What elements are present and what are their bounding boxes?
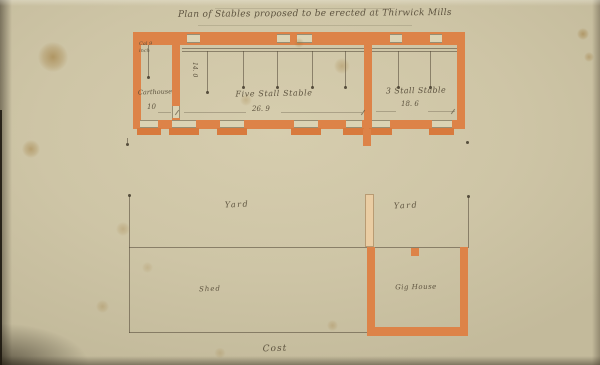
window-opening	[277, 34, 290, 43]
shed-bottom-line	[129, 332, 369, 333]
left-edge-line	[0, 110, 2, 365]
title-underline	[198, 25, 412, 26]
threshold-block	[429, 128, 454, 135]
paper-stain	[22, 140, 40, 158]
left-yard-label: Yard	[214, 200, 260, 210]
dimension-end-dot	[206, 91, 209, 94]
door-post-dot	[147, 76, 150, 79]
stall-division	[312, 51, 313, 87]
yard-divider-wall	[365, 194, 374, 247]
wall-note-line1: Cal 9	[139, 42, 152, 47]
bottom-left-corner-shadow	[0, 323, 90, 365]
door-opening	[140, 120, 158, 128]
room-dimension-five-stall: 26. 9	[252, 106, 270, 113]
gig-house-right-wall	[460, 247, 468, 336]
top-edge-highlight	[0, 0, 600, 6]
stable-right-wall	[457, 32, 465, 129]
paper-stain	[577, 28, 589, 40]
datum-mark-stem	[127, 138, 128, 143]
door-opening	[372, 120, 390, 128]
scanned-plan-sheet: Plan of Stables proposed to be erected a…	[0, 0, 600, 365]
paper-stain	[142, 262, 153, 273]
paper-stain	[327, 320, 338, 331]
window-opening	[187, 34, 200, 43]
threshold-block	[291, 128, 321, 135]
wall-stub	[363, 129, 371, 146]
right-yard-label: Yard	[384, 201, 428, 211]
yard-left-boundary	[129, 196, 130, 247]
dimension-line	[376, 111, 396, 112]
datum-mark	[126, 143, 129, 146]
gig-house-label: Gig House	[388, 284, 444, 292]
threshold-block	[217, 128, 247, 135]
stall-division	[430, 51, 431, 87]
footer-note: Cost	[250, 344, 300, 355]
window-opening	[390, 34, 402, 43]
threshold-block	[369, 128, 392, 135]
door-opening	[346, 120, 362, 128]
window-opening	[297, 34, 312, 43]
gig-house-left-wall	[367, 247, 375, 336]
drawing-title: Plan of Stables proposed to be erected a…	[178, 9, 432, 20]
stall-division	[243, 51, 244, 87]
bottom-edge-shadow	[0, 356, 600, 365]
gig-house-pier	[411, 248, 419, 256]
partition-wall	[172, 45, 180, 106]
room-label-carthouse: Carthouse	[136, 88, 174, 96]
wall-note-line2: inch	[139, 49, 150, 54]
shed-left-line	[129, 247, 130, 333]
door-opening	[294, 120, 318, 128]
right-edge-shadow	[592, 0, 600, 365]
datum-mark	[466, 141, 469, 144]
depth-dimension-line	[207, 51, 208, 92]
manger-line	[372, 48, 457, 49]
manger-line	[182, 51, 364, 52]
room-dimension-carthouse: 10	[147, 104, 156, 111]
paper-stain	[96, 300, 109, 313]
window-opening	[430, 34, 442, 43]
door-opening	[432, 120, 452, 128]
dimension-line	[184, 112, 246, 113]
gig-house-bottom-wall	[367, 327, 468, 336]
stall-division	[345, 51, 346, 87]
room-dimension-three-stall: 18. 6	[401, 101, 419, 108]
threshold-block	[137, 128, 161, 135]
partition-wall	[364, 45, 372, 120]
threshold-block	[343, 128, 364, 135]
paper-stain	[584, 52, 594, 62]
threshold-block	[169, 128, 199, 135]
depth-dimension-label: 14. 0	[191, 62, 197, 77]
dimension-line	[158, 112, 171, 113]
room-label-five-stall-stable: Five Stall Stable	[233, 89, 315, 98]
paper-stain	[38, 42, 68, 72]
boundary-post-dot	[128, 194, 131, 197]
door-opening	[220, 120, 244, 128]
door-opening	[172, 120, 196, 128]
stall-post-dot	[344, 86, 347, 89]
stall-division	[398, 51, 399, 87]
boundary-post-dot	[467, 195, 470, 198]
left-edge-shadow	[0, 0, 12, 365]
paper-stain	[214, 348, 226, 358]
yard-right-boundary	[468, 197, 469, 247]
manger-line	[372, 51, 457, 52]
paper-stain	[116, 222, 130, 236]
stall-division	[277, 51, 278, 87]
paper-stain	[334, 58, 350, 74]
dimension-line	[281, 112, 362, 113]
room-label-three-stall-stable: 3 Stall Stable	[380, 86, 452, 95]
manger-line	[182, 48, 364, 49]
shed-label: Shed	[190, 285, 230, 293]
